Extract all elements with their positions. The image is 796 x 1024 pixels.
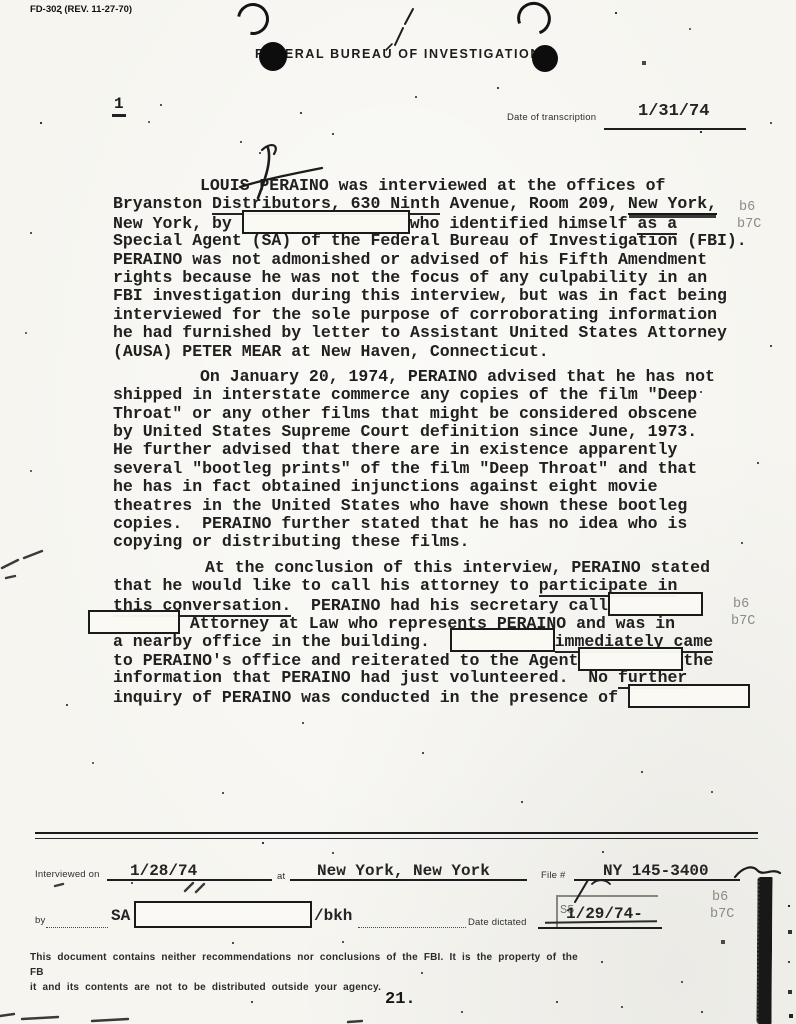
paragraph: On January 20, 1974, PERAINO advised tha… xyxy=(113,368,773,552)
text-segment: interviewed for the sole purpose of corr… xyxy=(113,305,717,324)
exemption-code-b7c: b7C xyxy=(737,217,761,233)
text-line: he had furnished by letter to Assistant … xyxy=(113,324,773,342)
redaction-box xyxy=(628,684,750,708)
text-line: Bryanston Distributors, 630 Ninth Avenue… xyxy=(113,195,773,213)
text-line: copying or distributing these films. xyxy=(113,533,773,551)
text-segment: the xyxy=(683,651,713,670)
text-line: Special Agent (SA) of the Federal Bureau… xyxy=(113,232,773,250)
text-line: inquiry of PERAINO was conducted in the … xyxy=(113,688,773,706)
text-line: FBI investigation during this interview,… xyxy=(113,287,773,305)
exemption-code-b6: b6 xyxy=(739,200,755,216)
text-segment: rights because he was not the focus of a… xyxy=(113,268,707,287)
text-segment: information that PERAINO had just volunt… xyxy=(113,668,618,687)
text-segment: he had furnished by letter to Assistant … xyxy=(113,323,727,342)
at-label: at xyxy=(277,871,285,882)
text-segment: PERAINO was not admonished or advised of… xyxy=(113,250,707,269)
redaction-box xyxy=(88,610,180,634)
text-line: this conversation. PERAINO had his secre… xyxy=(113,596,773,614)
text-segment: (AUSA) PETER MEAR at New Haven, Connecti… xyxy=(113,342,549,361)
date-dictated-label: Date dictated xyxy=(468,917,527,928)
interviewed-on-label: Interviewed on xyxy=(35,869,100,880)
exemption-code-b6: b6 xyxy=(733,597,749,613)
text-line: interviewed for the sole purpose of corr… xyxy=(113,306,773,324)
text-line: Attorney at Law who represents PERAINO a… xyxy=(88,614,773,632)
text-segment: he has in fact obtained injunctions agai… xyxy=(113,477,658,496)
hole-punch-icon xyxy=(512,0,557,41)
redaction-box xyxy=(578,647,683,671)
scanned-document-page: FD-302 (REV. 11-27-70) FEDERAL BUREAU OF… xyxy=(0,0,796,1024)
typist-initials: /bkh xyxy=(314,907,352,925)
interviewed-on-value: 1/28/74 xyxy=(130,862,197,880)
exemption-code-b7c: b7C xyxy=(710,907,734,923)
text-line: PERAINO was not admonished or advised of… xyxy=(113,251,773,269)
document-body: LOUIS PERAINO was interviewed at the off… xyxy=(113,177,773,713)
text-line: shipped in interstate commerce any copie… xyxy=(113,386,773,404)
text-line: (AUSA) PETER MEAR at New Haven, Connecti… xyxy=(113,343,773,361)
text-segment: On January 20, 1974, PERAINO advised tha… xyxy=(200,367,715,386)
text-segment: At the conclusion of this interview, PER… xyxy=(205,558,710,577)
transcription-date-value: 1/31/74 xyxy=(638,103,709,121)
field-underline xyxy=(604,128,746,130)
text-segment: to PERAINO's office and reiterated to th… xyxy=(113,651,578,670)
scan-artifact-bar xyxy=(756,877,772,1024)
text-segment: theatres in the United States who have s… xyxy=(113,496,687,515)
agency-title: FEDERAL BUREAU OF INVESTIGATION xyxy=(0,47,796,61)
text-line: He further advised that there are in exi… xyxy=(113,441,773,459)
text-segment: FBI investigation during this interview,… xyxy=(113,286,727,305)
file-number-value: NY 145-3400 xyxy=(603,862,709,880)
text-segment: New York, by xyxy=(113,214,242,233)
text-line: rights because he was not the focus of a… xyxy=(113,269,773,287)
text-segment: PERAINO had his secretary call xyxy=(291,596,608,615)
paragraph: At the conclusion of this interview, PER… xyxy=(113,559,773,706)
page-number-top: 1 xyxy=(112,95,126,117)
underlined-text: New York, xyxy=(628,194,717,215)
scan-noise xyxy=(0,0,2,2)
disclaimer: This document contains neither recommend… xyxy=(30,950,590,995)
paragraph: LOUIS PERAINO was interviewed at the off… xyxy=(113,177,773,361)
redaction-box xyxy=(134,901,312,928)
text-segment: by United States Supreme Court definitio… xyxy=(113,422,697,441)
text-segment: He further advised that there are in exi… xyxy=(113,440,677,459)
footer-divider xyxy=(35,832,758,839)
text-segment: LOUIS PERAINO was interviewed at the off… xyxy=(200,176,665,195)
text-line: copies. PERAINO further stated that he h… xyxy=(113,515,773,533)
by-label: by xyxy=(35,915,45,926)
ink-blot xyxy=(532,45,558,72)
text-line: On January 20, 1974, PERAINO advised tha… xyxy=(113,368,773,386)
agent-prefix: SA xyxy=(111,907,130,925)
text-segment: copies. PERAINO further stated that he h… xyxy=(113,514,687,533)
field-underline xyxy=(358,927,466,928)
page-number-bottom: 21. xyxy=(385,990,416,1009)
text-line: he has in fact obtained injunctions agai… xyxy=(113,478,773,496)
exemption-code-b6: b6 xyxy=(712,890,728,906)
location-value: New York, New York xyxy=(317,862,490,880)
text-segment: who identified himself xyxy=(410,214,638,233)
text-line: theatres in the United States who have s… xyxy=(113,497,773,515)
text-line: Throat" or any other films that might be… xyxy=(113,405,773,423)
ink-blot xyxy=(259,42,287,71)
redaction-box xyxy=(450,628,555,652)
transcription-date-label: Date of transcription xyxy=(507,112,596,123)
text-segment: Avenue, Room 209, xyxy=(440,194,628,213)
disclaimer-line2: it and its contents are not to be distri… xyxy=(30,980,590,995)
text-segment: that he would like to call his attorney … xyxy=(113,576,539,595)
hole-punch-icon xyxy=(231,0,276,41)
text-segment: Attorney at Law who represents PERAINO a… xyxy=(180,614,675,633)
redaction-box xyxy=(608,592,703,616)
text-segment: inquiry of PERAINO was conducted in the … xyxy=(113,688,628,707)
text-line: by United States Supreme Court definitio… xyxy=(113,423,773,441)
exemption-code-b7c: b7C xyxy=(731,614,755,630)
text-line: LOUIS PERAINO was interviewed at the off… xyxy=(113,177,773,195)
disclaimer-line1: This document contains neither recommend… xyxy=(30,950,590,980)
text-line: New York, by who identified himself as a xyxy=(113,214,773,232)
file-number-label: File # xyxy=(541,870,565,881)
text-segment: a nearby office in the building. xyxy=(113,632,450,651)
text-segment: shipped in interstate commerce any copie… xyxy=(113,385,697,404)
text-segment: copying or distributing these films. xyxy=(113,532,469,551)
text-segment: Special Agent (SA) of the Federal Bureau… xyxy=(113,231,747,250)
text-line: At the conclusion of this interview, PER… xyxy=(113,559,773,577)
redaction-box xyxy=(242,210,410,234)
form-number: FD-302 (REV. 11-27-70) xyxy=(30,4,132,15)
text-line: several "bootleg prints" of the film "De… xyxy=(113,460,773,478)
field-underline xyxy=(538,927,662,929)
text-segment: several "bootleg prints" of the film "De… xyxy=(113,459,697,478)
text-line: to PERAINO's office and reiterated to th… xyxy=(113,651,773,669)
field-underline xyxy=(46,927,108,928)
text-segment: Bryanston xyxy=(113,194,212,213)
text-segment: Throat" or any other films that might be… xyxy=(113,404,697,423)
